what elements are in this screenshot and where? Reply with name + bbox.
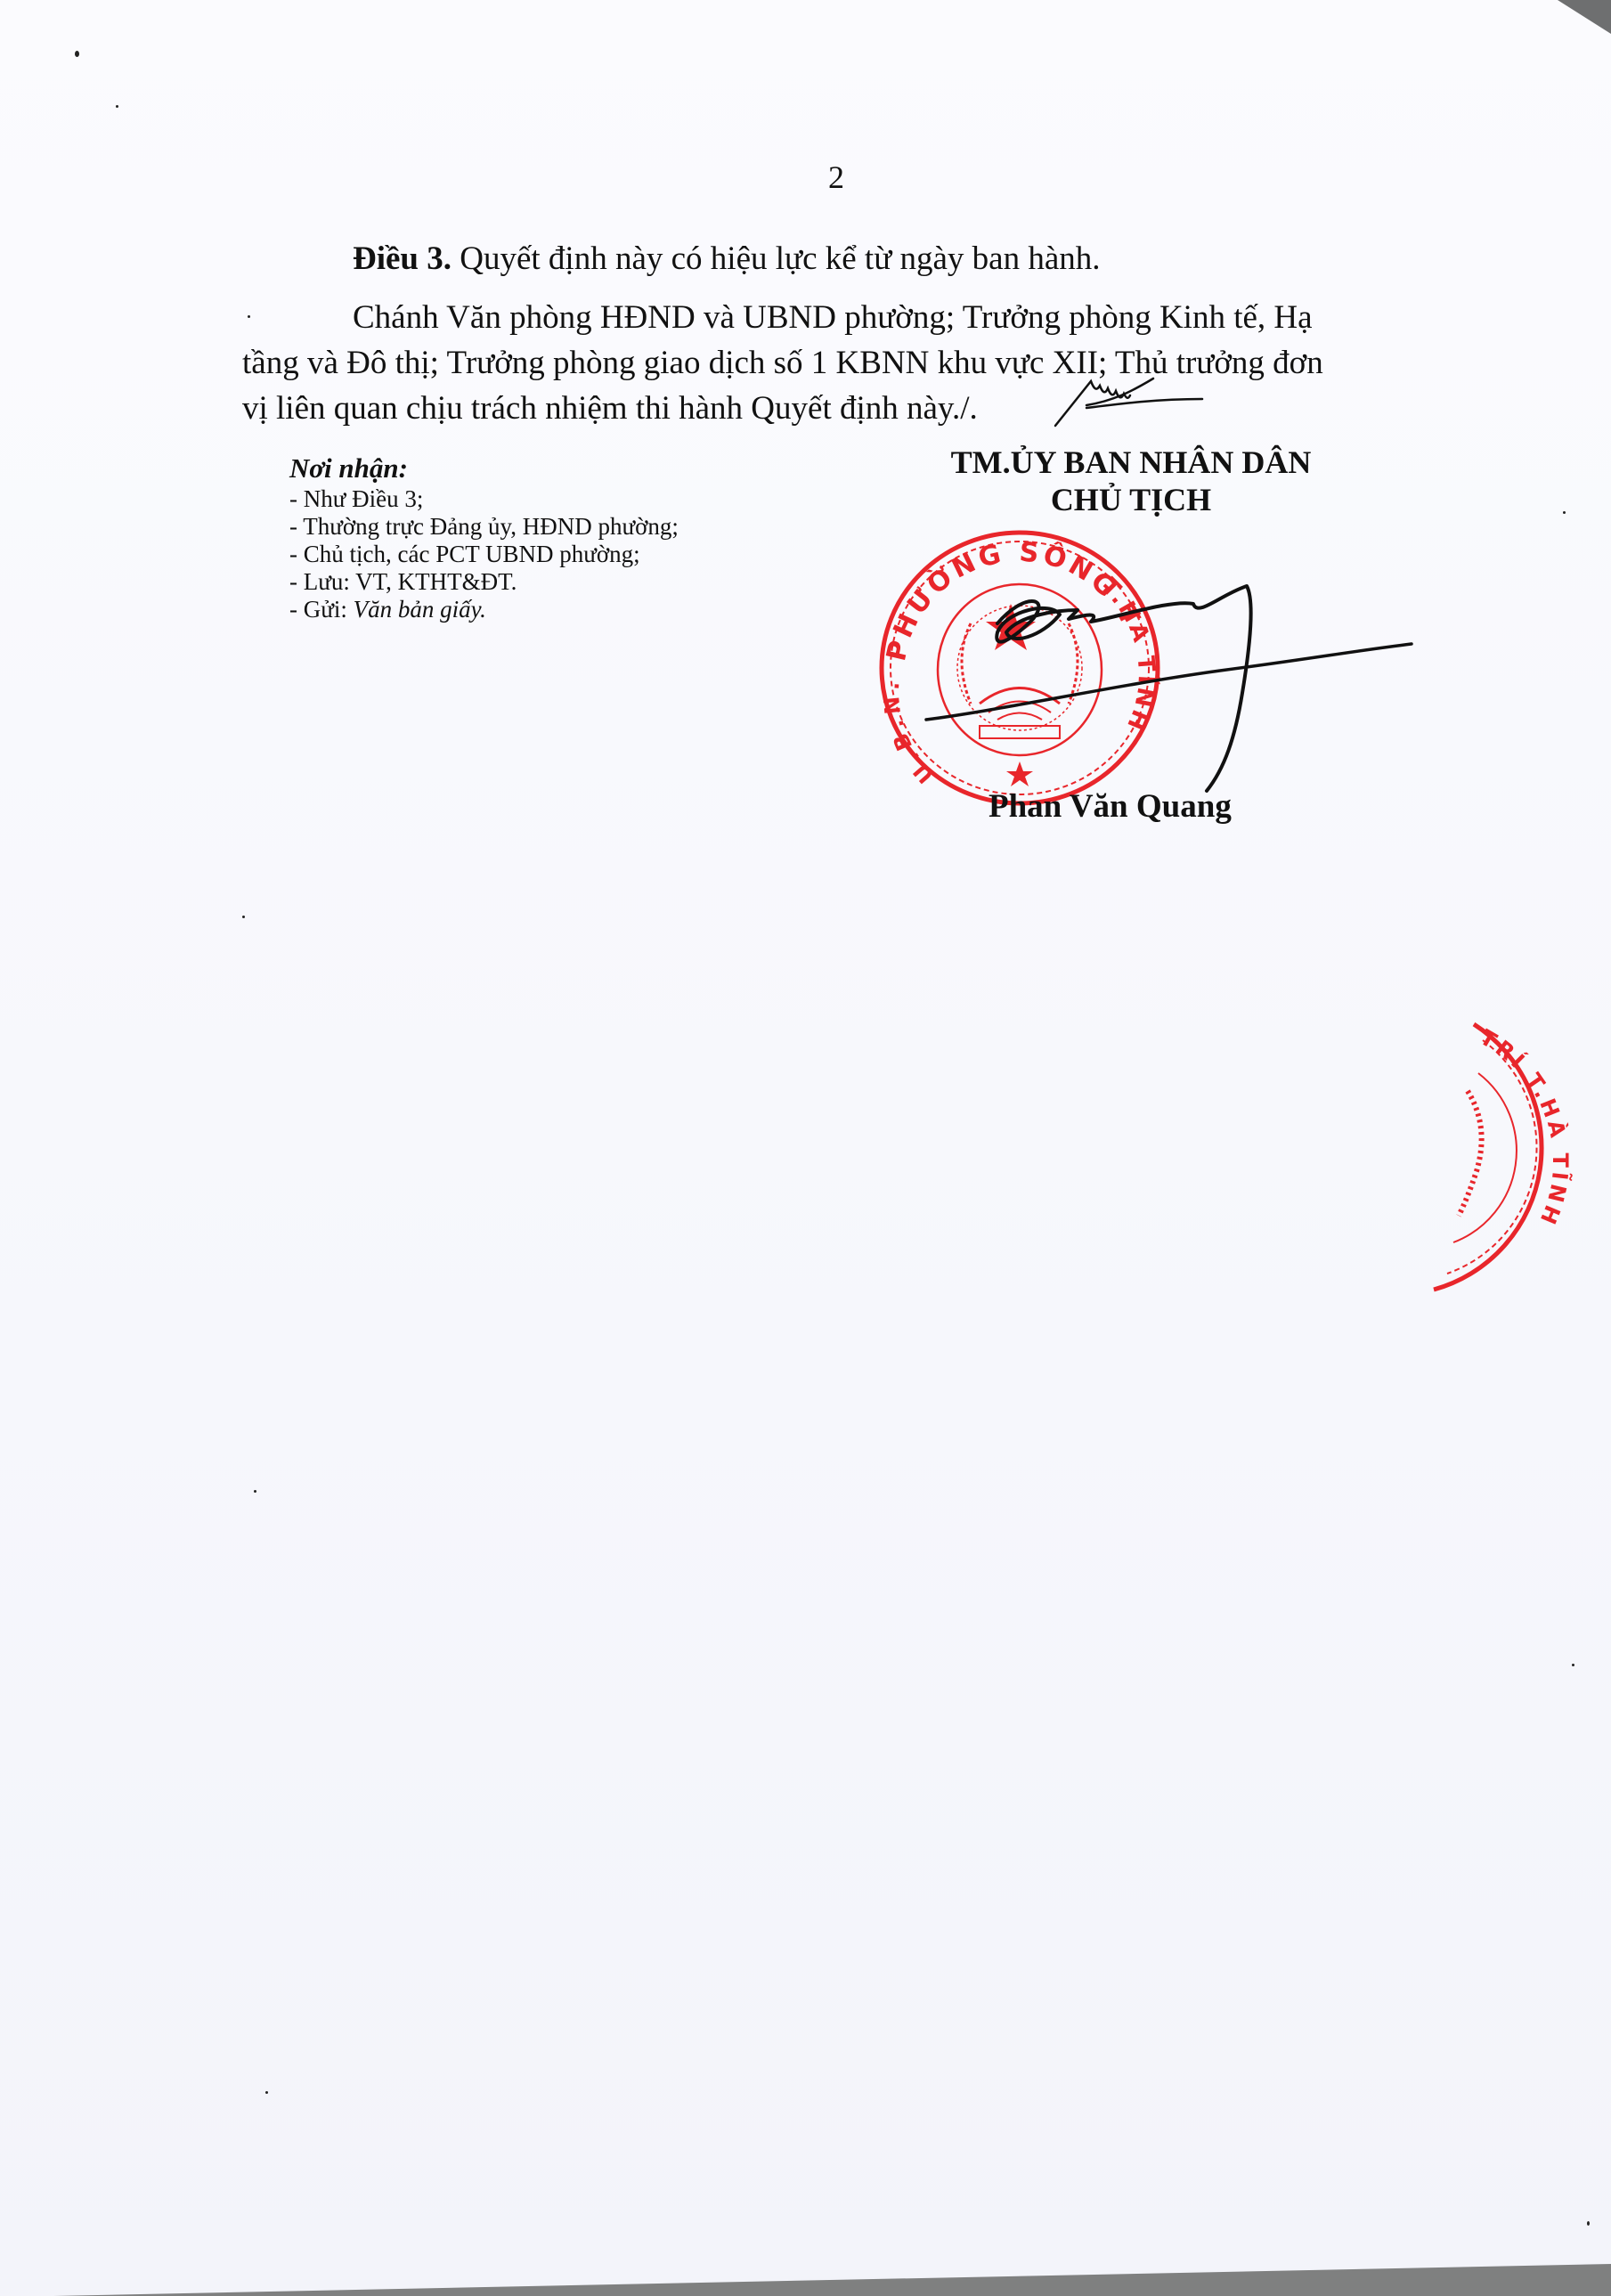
signer-name: Phan Văn Quang <box>989 787 1232 826</box>
edge-seal-text: TRÍ T.HÀ TĨNH <box>1476 1025 1574 1232</box>
stamps-and-signatures: PHƯỜNG SÔNG T T.HÀ TĨNH U.B.N.D TRÍ T.HÀ… <box>0 0 1611 2296</box>
chairman-signature <box>926 586 1412 791</box>
seal-text-left: U.B.N.D <box>0 0 939 788</box>
initial-signature <box>1055 379 1202 426</box>
